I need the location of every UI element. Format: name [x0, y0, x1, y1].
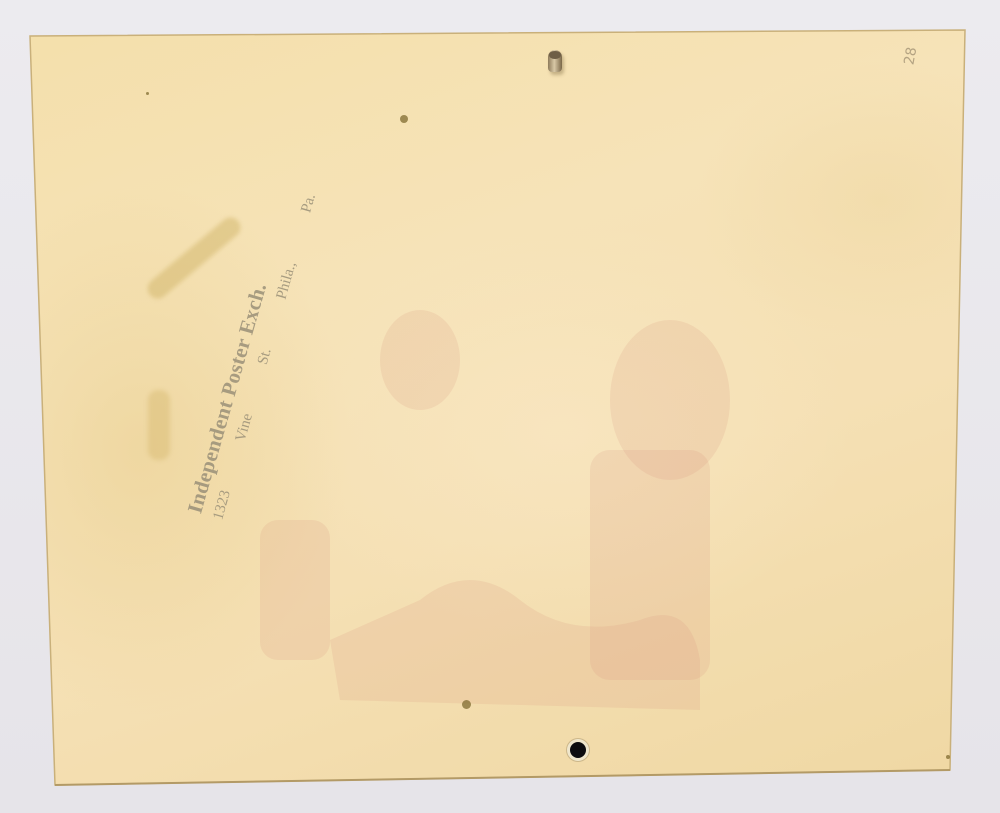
- pin-hole-icon: [570, 742, 586, 758]
- poster-card-back: [0, 0, 1000, 813]
- pencil-mark: 28: [901, 46, 920, 66]
- photo-scene: Independent Poster Exch. 1323 Vine St. P…: [0, 0, 1000, 813]
- push-pin-head: [549, 51, 561, 59]
